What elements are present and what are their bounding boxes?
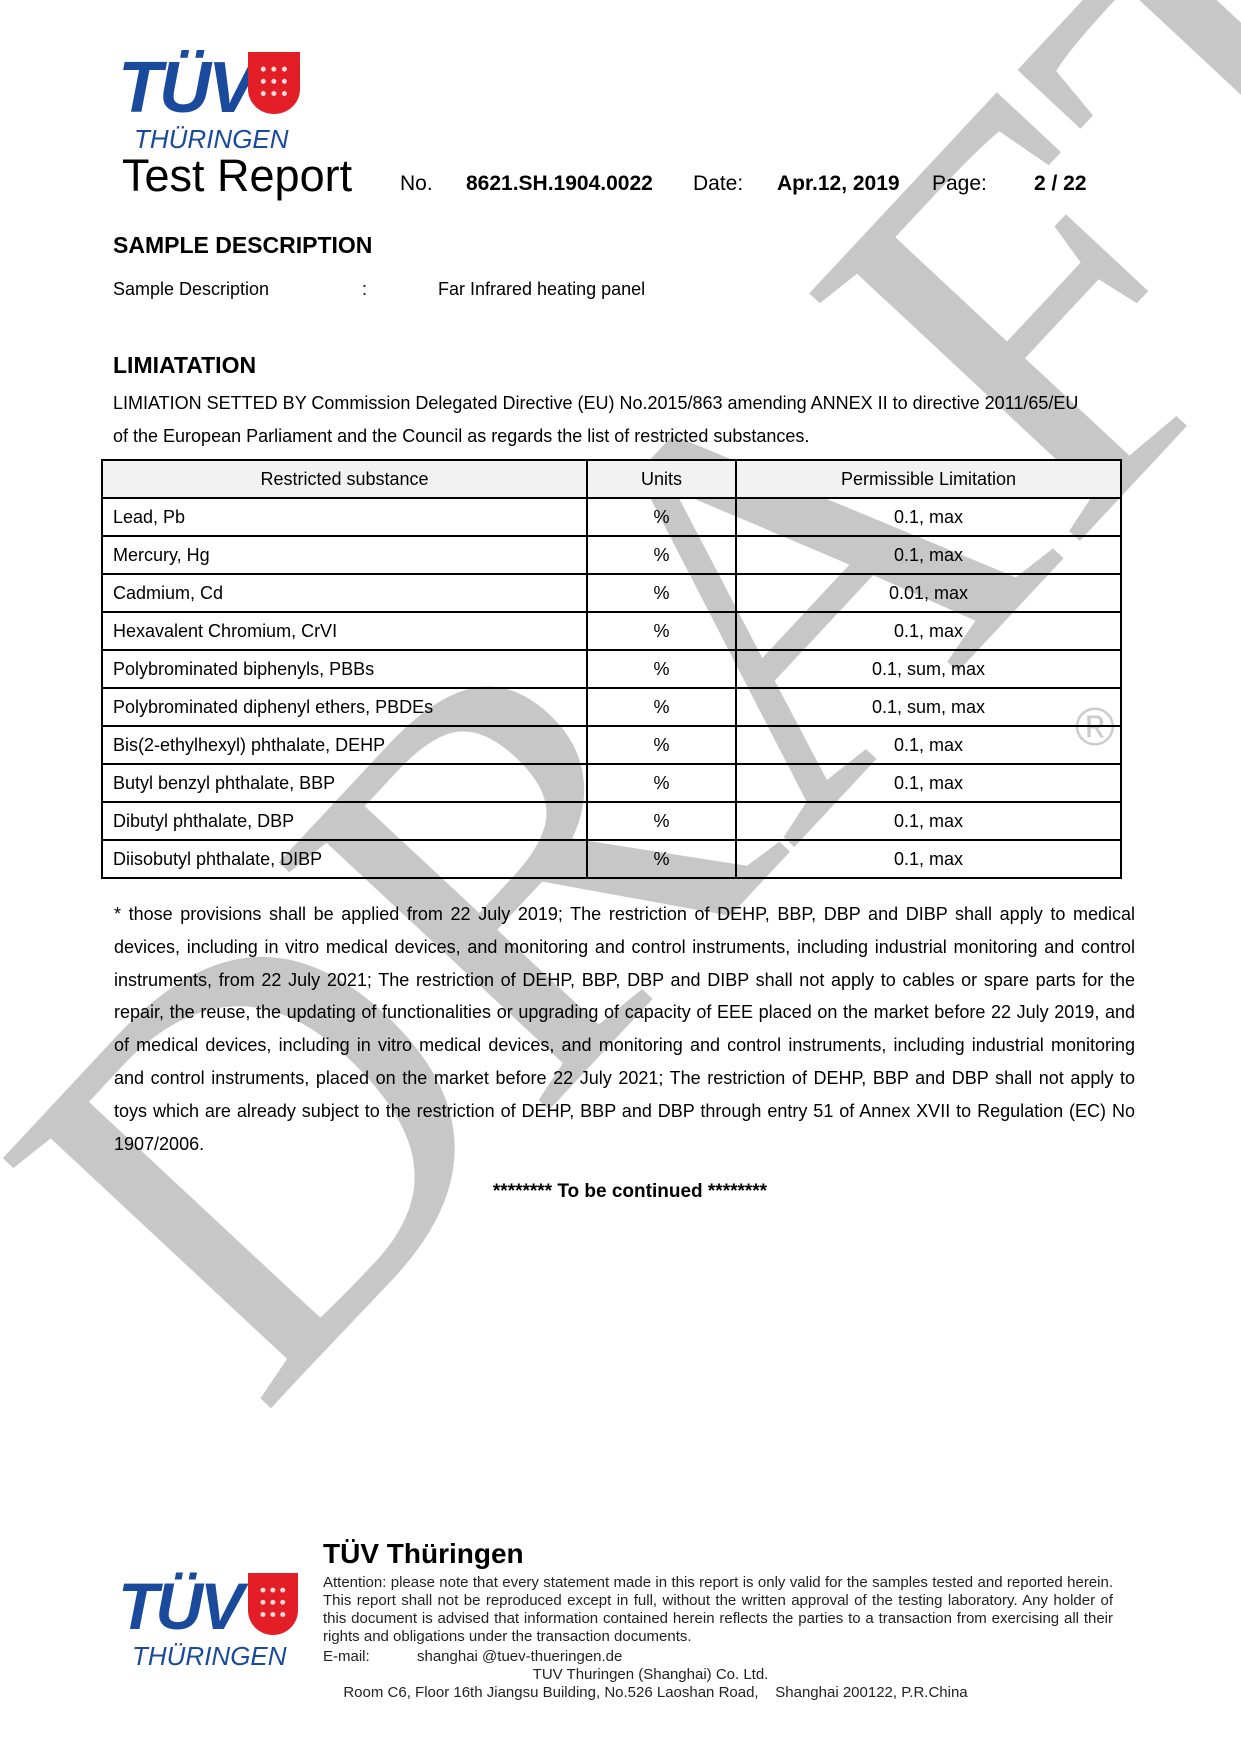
tuv-logo: TÜV THÜRINGEN (118, 52, 289, 152)
page-label: Page: (932, 172, 987, 196)
table-row: Hexavalent Chromium, CrVI%0.1, max (102, 612, 1121, 650)
date-value: Apr.12, 2019 (777, 172, 900, 196)
sample-description-label: Sample Description (113, 273, 269, 306)
footer-company-line: TUV Thuringen (Shanghai) Co. Ltd. (0, 1666, 1241, 1684)
limit-cell: 0.1, sum, max (736, 650, 1121, 688)
column-header: Permissible Limitation (736, 460, 1121, 498)
date-label: Date: (693, 172, 743, 196)
report-no-value: 8621.SH.1904.0022 (466, 172, 653, 196)
substance-cell: Bis(2-ethylhexyl) phthalate, DEHP (102, 726, 587, 764)
limit-cell: 0.1, max (736, 802, 1121, 840)
limit-cell: 0.1, max (736, 840, 1121, 878)
limitation-heading: LIMIATATION (113, 352, 256, 379)
table-row: Bis(2-ethylhexyl) phthalate, DEHP%0.1, m… (102, 726, 1121, 764)
footer-company-title: TÜV Thüringen (323, 1538, 524, 1570)
units-cell: % (587, 612, 736, 650)
substance-cell: Diisobutyl phthalate, DIBP (102, 840, 587, 878)
page-value: 2 / 22 (1034, 172, 1087, 196)
page-title: Test Report (122, 150, 352, 202)
units-cell: % (587, 840, 736, 878)
column-header: Restricted substance (102, 460, 587, 498)
substance-cell: Mercury, Hg (102, 536, 587, 574)
table-row: Dibutyl phthalate, DBP%0.1, max (102, 802, 1121, 840)
substance-cell: Polybrominated biphenyls, PBBs (102, 650, 587, 688)
sample-description-value: Far Infrared heating panel (438, 273, 645, 306)
limit-cell: 0.1, max (736, 612, 1121, 650)
units-cell: % (587, 574, 736, 612)
limitation-intro-line2: of the European Parliament and the Counc… (113, 420, 809, 453)
units-cell: % (587, 802, 736, 840)
table-row: Mercury, Hg%0.1, max (102, 536, 1121, 574)
limit-cell: 0.1, max (736, 536, 1121, 574)
restricted-substances-table: Restricted substance Units Permissible L… (101, 459, 1122, 879)
substance-cell: Dibutyl phthalate, DBP (102, 802, 587, 840)
limit-cell: 0.1, max (736, 498, 1121, 536)
units-cell: % (587, 726, 736, 764)
column-header: Units (587, 460, 736, 498)
table-row: Polybrominated diphenyl ethers, PBDEs%0.… (102, 688, 1121, 726)
limit-cell: 0.1, max (736, 726, 1121, 764)
units-cell: % (587, 688, 736, 726)
table-row: Lead, Pb%0.1, max (102, 498, 1121, 536)
report-no-label: No. (400, 172, 433, 196)
footer-email-link[interactable]: shanghai @tuev-thueringen.de (417, 1648, 622, 1666)
limitation-footnote: * those provisions shall be applied from… (114, 898, 1135, 1160)
units-cell: % (587, 536, 736, 574)
footer-tuv-logo: TÜV THÜRINGEN (118, 1573, 287, 1669)
limit-cell: 0.1, sum, max (736, 688, 1121, 726)
limit-cell: 0.1, max (736, 764, 1121, 802)
coat-of-arms-icon (248, 52, 300, 114)
footer-attention: Attention: please note that every statem… (323, 1574, 1113, 1646)
substance-cell: Cadmium, Cd (102, 574, 587, 612)
limitation-intro-line1: LIMIATION SETTED BY Commission Delegated… (113, 387, 1078, 420)
limit-cell: 0.01, max (736, 574, 1121, 612)
footer-address: Room C6, Floor 16th Jiangsu Building, No… (0, 1684, 1241, 1702)
table-row: Diisobutyl phthalate, DIBP%0.1, max (102, 840, 1121, 878)
coat-of-arms-icon (248, 1573, 298, 1635)
substance-cell: Lead, Pb (102, 498, 587, 536)
units-cell: % (587, 764, 736, 802)
units-cell: % (587, 498, 736, 536)
footer-email-label: E-mail: (323, 1648, 370, 1666)
substance-cell: Hexavalent Chromium, CrVI (102, 612, 587, 650)
to-be-continued: ******** To be continued ******** (0, 1181, 1241, 1203)
table-row: Cadmium, Cd%0.01, max (102, 574, 1121, 612)
units-cell: % (587, 650, 736, 688)
sample-description-separator: : (362, 273, 367, 306)
substance-cell: Polybrominated diphenyl ethers, PBDEs (102, 688, 587, 726)
table-row: Polybrominated biphenyls, PBBs%0.1, sum,… (102, 650, 1121, 688)
sample-description-heading: SAMPLE DESCRIPTION (113, 232, 372, 259)
substance-cell: Butyl benzyl phthalate, BBP (102, 764, 587, 802)
table-row: Butyl benzyl phthalate, BBP%0.1, max (102, 764, 1121, 802)
